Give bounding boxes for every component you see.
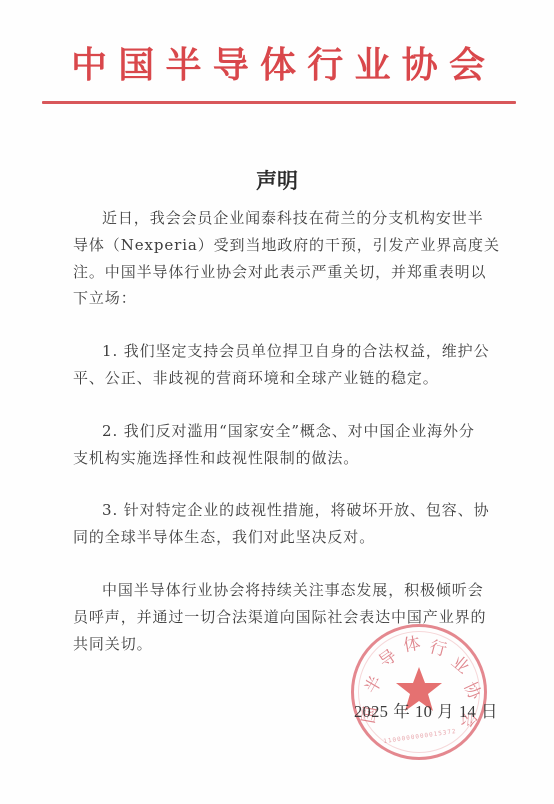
- seal-char: 体: [400, 633, 423, 656]
- letterhead-char: 会: [448, 44, 486, 88]
- point-3-line: 同的全球半导体生态，我们对此坚决反对。: [73, 525, 493, 549]
- official-seal: 国 半 导 体 行 业 协 会 1100000000015372: [351, 624, 487, 760]
- point-2-line: 支机构实施选择性和歧视性限制的做法。: [73, 446, 493, 470]
- letterhead-char: 体: [259, 44, 297, 88]
- closing-line: 中国半导体行业协会将持续关注事态发展，积极倾听会: [102, 578, 492, 602]
- letterhead-char: 导: [212, 44, 250, 88]
- document-date: 2025年10月14日: [354, 700, 503, 724]
- paragraph-intro-line: 注。中国半导体行业协会对此表示严重关切，并郑重表明以: [73, 260, 493, 284]
- document-page: 中 国 半 导 体 行 业 协 会 声明 近日，我会会员企业闻泰科技在荷兰的分支…: [0, 0, 554, 804]
- date-day: 14: [459, 702, 476, 721]
- letterhead-divider: [42, 101, 516, 104]
- point-3-line: 3. 针对特定企业的歧视性措施，将破坏开放、包容、协: [102, 498, 492, 522]
- date-year: 2025: [354, 702, 388, 721]
- letterhead-char: 协: [401, 44, 439, 88]
- letterhead-title: 中 国 半 导 体 行 业 协 会: [70, 44, 486, 88]
- point-1-line: 平、公正、非歧视的营商环境和全球产业链的稳定。: [73, 366, 493, 390]
- letterhead-char: 半: [165, 44, 203, 88]
- paragraph-intro-line: 导体（Nexperia）受到当地政府的干预，引发产业界高度关: [73, 233, 493, 257]
- date-month: 10: [415, 702, 432, 721]
- point-2-line: 2. 我们反对滥用“国家安全”概念、对中国企业海外分: [102, 419, 492, 443]
- letterhead-char: 中: [70, 44, 108, 88]
- date-year-unit: 年: [393, 702, 410, 721]
- letterhead-char: 业: [354, 44, 392, 88]
- date-month-unit: 月: [437, 702, 454, 721]
- point-1-line: 1. 我们坚定支持会员单位捍卫自身的合法权益，维护公: [102, 339, 492, 363]
- letterhead-char: 国: [117, 44, 155, 88]
- date-day-unit: 日: [481, 702, 498, 721]
- document-title: 声明: [0, 168, 554, 194]
- paragraph-intro-line: 下立场：: [73, 286, 493, 310]
- paragraph-intro-line: 近日，我会会员企业闻泰科技在荷兰的分支机构安世半: [102, 206, 492, 230]
- letterhead-char: 行: [306, 44, 344, 88]
